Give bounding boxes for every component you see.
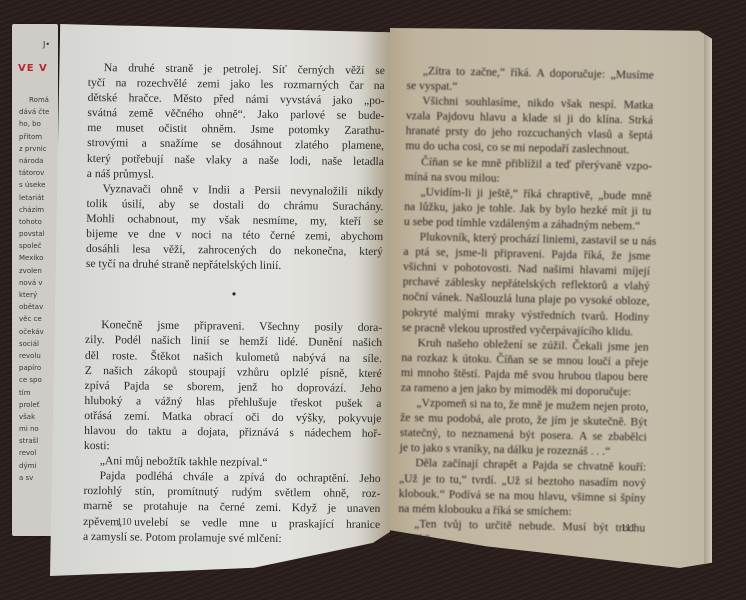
page-number-left: 110 <box>117 517 132 528</box>
text-line: se tyčí na druhé straně nepřátelských li… <box>86 256 383 274</box>
page-edges <box>704 28 712 568</box>
back-book-line: revol <box>19 447 58 459</box>
back-book-line: proleť <box>19 399 58 411</box>
back-book-author: J• <box>43 40 50 49</box>
back-book-line: povstal <box>19 228 58 240</box>
back-book-line: očekáv <box>19 326 58 338</box>
back-book-line: nová v <box>19 277 58 289</box>
back-book-text: Romádává čteho, bopřitomz prvnicnárodatá… <box>19 94 58 484</box>
back-book-line: zvolen <box>19 265 58 277</box>
back-book-title: VE V <box>18 63 48 74</box>
right-paragraphs: „Zítra to začne,“ říká. A doporučuje: „M… <box>398 63 654 551</box>
section-separator: • <box>85 279 382 312</box>
left-paragraphs-2: Konečně jsme připraveni. Všechny posily … <box>83 317 382 547</box>
back-book-line: Mexiko <box>19 252 58 264</box>
text-line: hlavou do taktu a dojata, přiznává s nád… <box>84 423 381 441</box>
back-book-line: tohoto <box>19 216 58 228</box>
left-paragraphs-1: Na druhé straně je petrolej. Síť černých… <box>86 60 385 274</box>
back-book-line: cházím <box>19 204 58 216</box>
back-book-line: letariát <box>19 192 58 204</box>
back-book-line: sociál <box>19 338 58 350</box>
back-book-line: s úseke <box>19 179 58 191</box>
back-book-line: společ <box>19 240 58 252</box>
page-number-right: 111 <box>621 523 635 534</box>
back-book-line: mi no <box>19 423 58 435</box>
back-book-line: strašl <box>19 435 58 447</box>
back-book-line: revolu <box>19 350 58 362</box>
back-book-line: obětav <box>19 301 58 313</box>
back-book-line: ho, bo <box>19 118 58 130</box>
right-page-text: „Zítra to začne,“ říká. A doporučuje: „M… <box>398 63 654 551</box>
back-book-line: Romá <box>19 94 58 106</box>
back-book-line: ce spo <box>19 374 58 386</box>
photo-scene: J• VE V Romádává čteho, bopřitomz prvnic… <box>0 0 746 600</box>
back-book-line: tátorov <box>19 167 58 179</box>
back-book-line: který <box>19 289 58 301</box>
back-book-line: věc ce <box>19 313 58 325</box>
back-book-line: přitom <box>19 131 58 143</box>
left-page-text: Na druhé straně je petrolej. Síť černých… <box>83 60 385 547</box>
back-book-line: papíro <box>19 362 58 374</box>
back-book-line: tím <box>19 387 58 399</box>
back-book-line: však <box>19 411 58 423</box>
back-book-line: dává čte <box>19 106 58 118</box>
background-book: J• VE V Romádává čteho, bopřitomz prvnic… <box>12 24 58 536</box>
back-book-line: národa <box>19 155 58 167</box>
back-book-line: z prvnic <box>19 143 58 155</box>
text-line: a zamyslí se. Potom prolamuje své mlčení… <box>83 529 380 547</box>
